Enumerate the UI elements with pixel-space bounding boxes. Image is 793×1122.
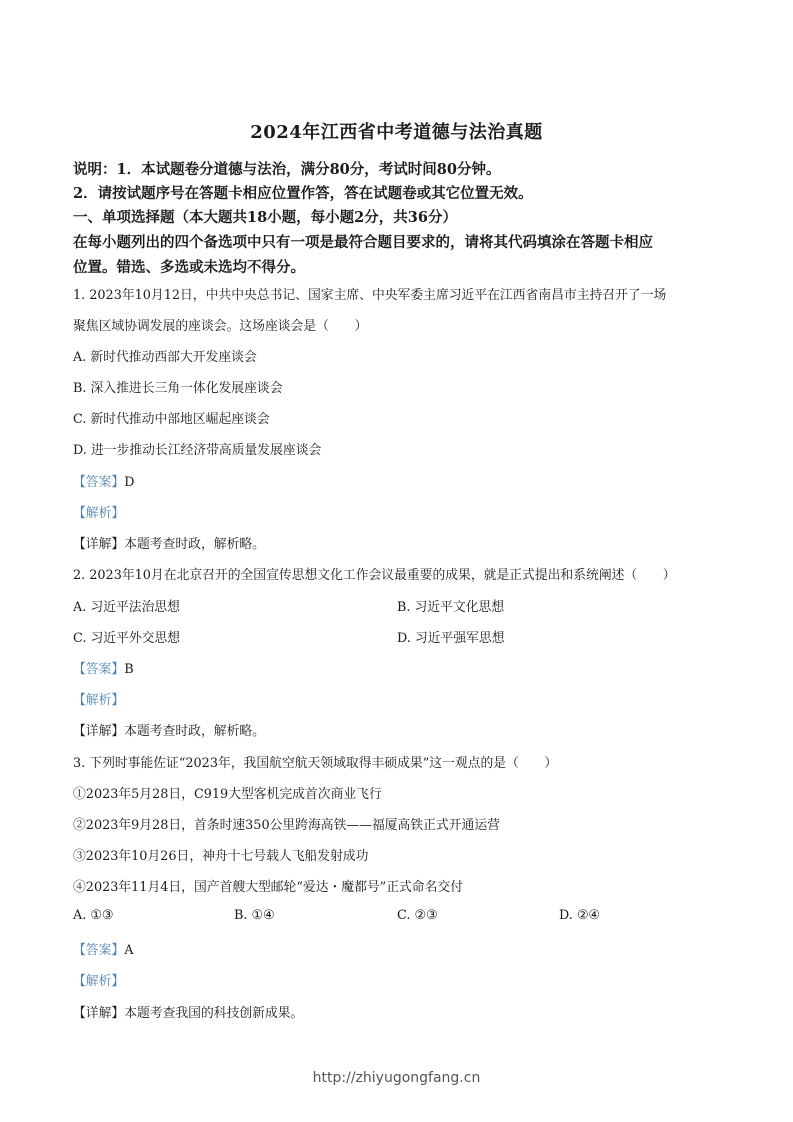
- q3-option-a: A. ①③: [73, 908, 113, 923]
- instruction-2: 2．请按试题序号在答题卡相应位置作答，答在试题卷或其它位置无效。: [73, 182, 533, 203]
- q1-detail: 【详解】本题考查时政，解析略。: [73, 533, 265, 552]
- q1-stem-line2: 聚焦区域协调发展的座谈会。这场座谈会是（ ）: [73, 315, 367, 334]
- q3-answer-value: A: [124, 943, 133, 958]
- q1-answer: 【答案】D: [73, 471, 134, 490]
- q3-option-b: B. ①④: [234, 908, 274, 923]
- q2-answer: 【答案】B: [73, 658, 134, 677]
- q3-option-c: C. ②③: [397, 908, 437, 923]
- q1-analysis-label: 【解析】: [73, 502, 124, 521]
- q3-item-2: ②2023年9月28日，首条时速350公里跨海高铁——福厦高铁正式开通运营: [73, 814, 500, 833]
- footer-url: http://zhiyugongfang.cn: [0, 1070, 793, 1086]
- q3-analysis-label: 【解析】: [73, 970, 124, 989]
- detail-label: 【详解】: [73, 724, 124, 739]
- instruction-3: 在每小题列出的四个备选项中只有一项是最符合题目要求的，请将其代码填涂在答题卡相应: [73, 231, 653, 252]
- q2-option-c: C. 习近平外交思想: [73, 627, 180, 646]
- q1-option-b: B. 深入推进长三角一体化发展座谈会: [73, 377, 283, 396]
- document-page: 2024年江西省中考道德与法治真题 说明：1．本试题卷分道德与法治，满分80分，…: [0, 0, 793, 1122]
- page-title: 2024年江西省中考道德与法治真题: [0, 118, 793, 144]
- q2-stem: 2. 2023年10月在北京召开的全国宣传思想文化工作会议最重要的成果，就是正式…: [73, 564, 676, 583]
- q1-option-a: A. 新时代推动西部大开发座谈会: [73, 346, 257, 365]
- q2-detail-text: 本题考查时政，解析略。: [124, 724, 265, 739]
- q1-option-d: D. 进一步推动长江经济带高质量发展座谈会: [73, 439, 321, 458]
- q2-analysis-label: 【解析】: [73, 689, 124, 708]
- q3-item-1: ①2023年5月28日，C919大型客机完成首次商业飞行: [73, 783, 382, 802]
- detail-label: 【详解】: [73, 1006, 124, 1021]
- q3-answer: 【答案】A: [73, 939, 133, 958]
- q2-detail: 【详解】本题考查时政，解析略。: [73, 720, 265, 739]
- section-heading: 一、单项选择题（本大题共18小题，每小题2分，共36分）: [73, 206, 457, 227]
- q3-item-3: ③2023年10月26日，神舟十七号载人飞船发射成功: [73, 845, 368, 864]
- q2-answer-value: B: [124, 662, 133, 677]
- instruction-4: 位置。错选、多选或未选均不得分。: [73, 256, 305, 277]
- answer-label: 【答案】: [73, 943, 124, 958]
- q3-detail: 【详解】本题考查我国的科技创新成果。: [73, 1002, 303, 1021]
- answer-label: 【答案】: [73, 662, 124, 677]
- q1-option-c: C. 新时代推动中部地区崛起座谈会: [73, 408, 270, 427]
- q1-detail-text: 本题考查时政，解析略。: [124, 537, 265, 552]
- q1-answer-value: D: [124, 475, 134, 490]
- q2-option-d: D. 习近平强军思想: [397, 627, 505, 646]
- q2-option-b: B. 习近平文化思想: [397, 596, 504, 615]
- q3-stem: 3. 下列时事能佐证“2023年，我国航空航天领域取得丰硕成果”这一观点的是（ …: [73, 752, 557, 771]
- instruction-1: 说明：1．本试题卷分道德与法治，满分80分，考试时间80分钟。: [73, 158, 500, 179]
- q1-stem-line1: 1. 2023年10月12日，中共中央总书记、国家主席、中央军委主席习近平在江西…: [73, 284, 666, 303]
- q3-option-d: D. ②④: [559, 908, 600, 923]
- detail-label: 【详解】: [73, 537, 124, 552]
- q2-option-a: A. 习近平法治思想: [73, 596, 180, 615]
- q3-item-4: ④2023年11月4日，国产首艘大型邮轮“爱达・魔都号”正式命名交付: [73, 876, 463, 895]
- q3-detail-text: 本题考查我国的科技创新成果。: [124, 1006, 303, 1021]
- answer-label: 【答案】: [73, 475, 124, 490]
